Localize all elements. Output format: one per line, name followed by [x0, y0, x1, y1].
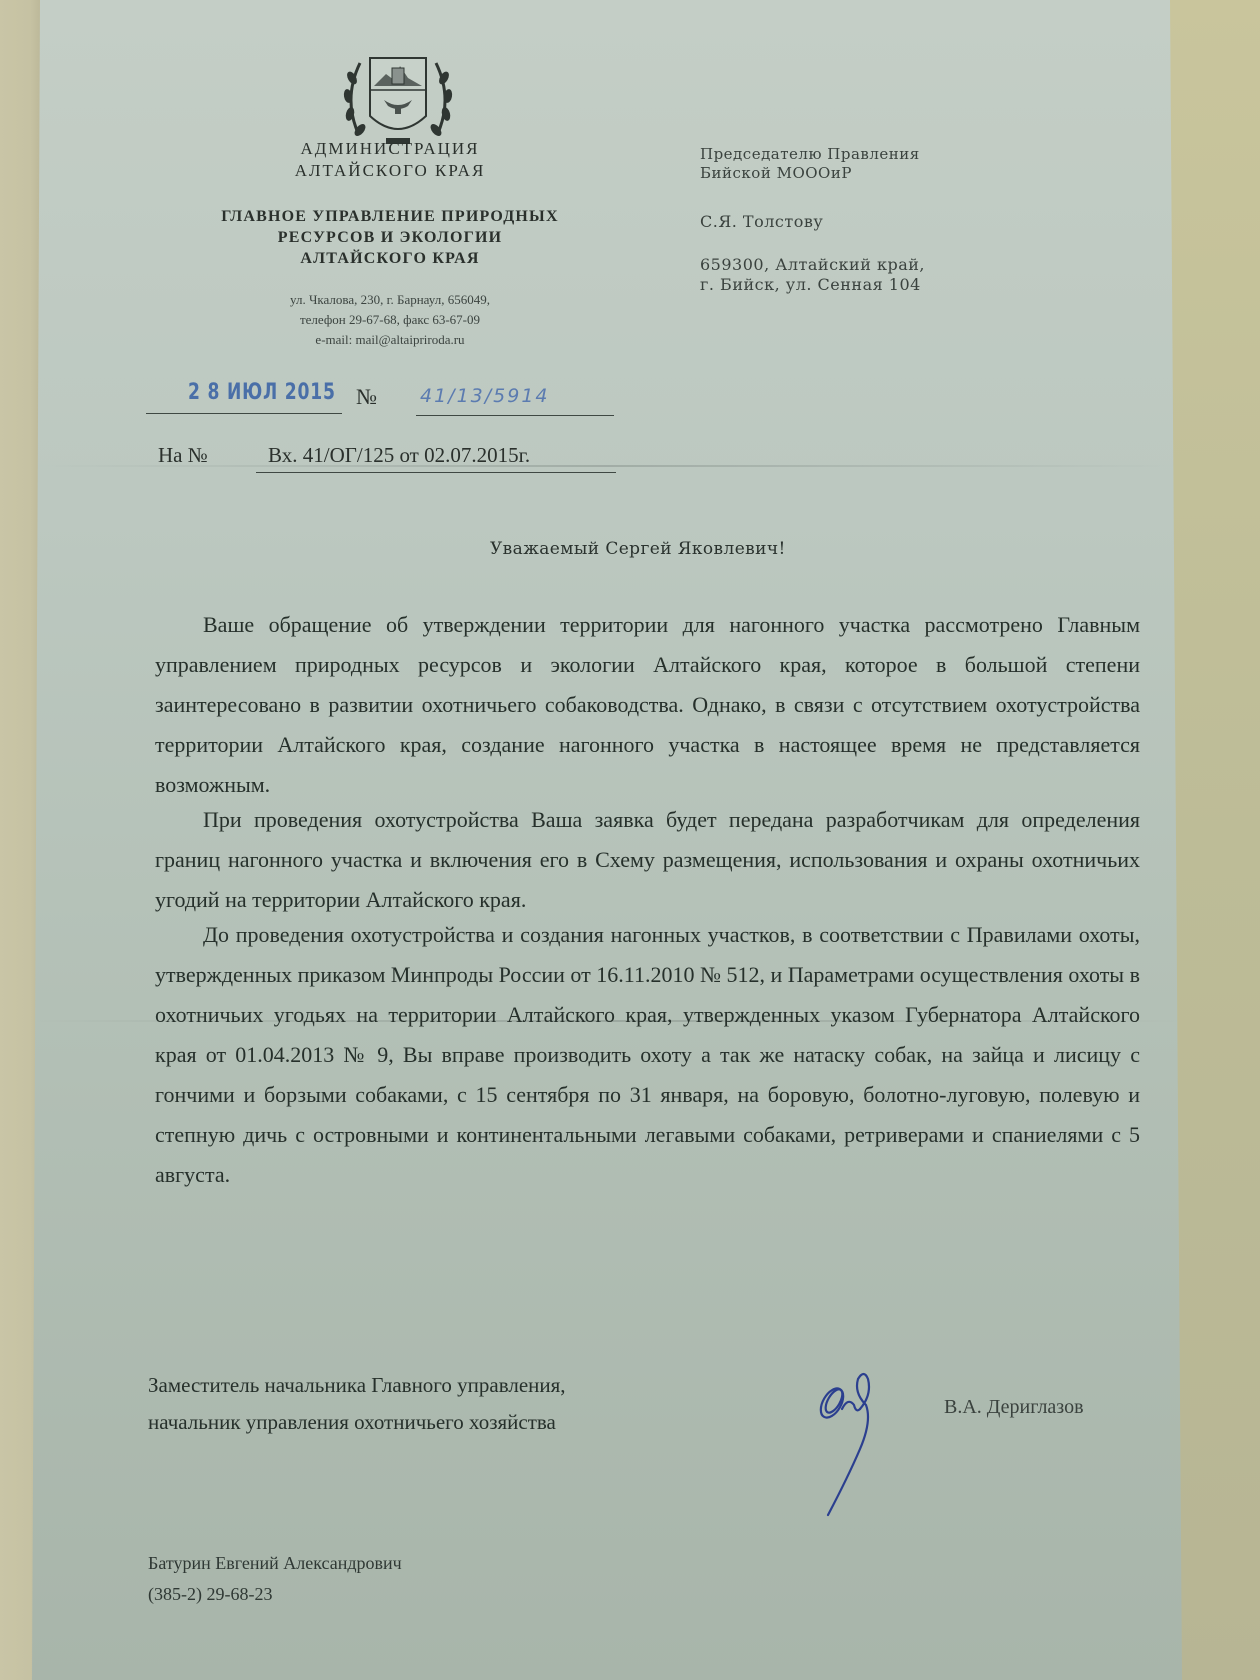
date-underline: [146, 413, 342, 414]
recipient-address: 659300, Алтайский край, г. Бийск, ул. Се…: [700, 255, 925, 295]
letterhead-administration: АДМИНИСТРАЦИЯ АЛТАЙСКОГО КРАЯ: [150, 138, 630, 182]
admin-line-1: АДМИНИСТРАЦИЯ: [150, 138, 630, 160]
dept-line-3: АЛТАЙСКОГО КРАЯ: [150, 248, 630, 269]
signatory-name: В.А. Дериглазов: [944, 1396, 1084, 1419]
letterhead-email: e-mail: mail@altaipriroda.ru: [150, 330, 630, 350]
date-stamp: 2 8 ИЮЛ 2015: [188, 380, 336, 405]
letterhead-contacts: ул. Чкалова, 230, г. Барнаул, 656049, те…: [150, 290, 630, 350]
executor-name: Батурин Евгений Александрович: [148, 1548, 402, 1579]
reply-label: На №: [158, 443, 208, 468]
reply-underline: [256, 472, 616, 473]
paragraph-text: До проведения охотустройства и создания …: [155, 915, 1140, 1195]
recipient-title-line-1: Председателю Правления: [700, 145, 920, 164]
number-underline: [416, 415, 614, 416]
dept-line-1: ГЛАВНОЕ УПРАВЛЕНИЕ ПРИРОДНЫХ: [150, 206, 630, 227]
registration-number: 41/13/5914: [420, 385, 550, 407]
recipient-title-line-2: Бийской МОООиР: [700, 164, 920, 183]
recipient-address-line-2: г. Бийск, ул. Сенная 104: [700, 275, 925, 295]
body-paragraph-2: При проведения охотустройства Ваша заявк…: [155, 800, 1140, 920]
number-sign: №: [356, 384, 377, 410]
letterhead-department: ГЛАВНОЕ УПРАВЛЕНИЕ ПРИРОДНЫХ РЕСУРСОВ И …: [150, 206, 630, 269]
admin-line-2: АЛТАЙСКОГО КРАЯ: [150, 160, 630, 182]
signatory-role-line-1: Заместитель начальника Главного управлен…: [148, 1367, 566, 1404]
letterhead-address: ул. Чкалова, 230, г. Барнаул, 656049,: [150, 290, 630, 310]
letterhead-phone-fax: телефон 29-67-68, факс 63-67-09: [150, 310, 630, 330]
recipient-name: С.Я. Толстову: [700, 212, 823, 231]
paragraph-text: При проведения охотустройства Ваша заявк…: [155, 800, 1140, 920]
greeting: Уважаемый Сергей Яковлевич!: [490, 539, 786, 559]
dept-line-2: РЕСУРСОВ И ЭКОЛОГИИ: [150, 227, 630, 248]
body-paragraph-1: Ваше обращение об утверждении территории…: [155, 605, 1140, 805]
signatory-role: Заместитель начальника Главного управлен…: [148, 1367, 566, 1441]
signatory-role-line-2: начальник управления охотничьего хозяйст…: [148, 1404, 566, 1441]
recipient-address-line-1: 659300, Алтайский край,: [700, 255, 925, 275]
reply-reference: Вх. 41/ОГ/125 от 02.07.2015г.: [268, 443, 530, 468]
body-paragraph-3: До проведения охотустройства и создания …: [155, 915, 1140, 1195]
paragraph-text: Ваше обращение об утверждении территории…: [155, 605, 1140, 805]
handwritten-signature-icon: [810, 1365, 920, 1525]
executor-info: Батурин Евгений Александрович (385-2) 29…: [148, 1548, 402, 1610]
executor-phone: (385-2) 29-68-23: [148, 1579, 402, 1610]
recipient-title: Председателю Правления Бийской МОООиР: [700, 145, 920, 183]
